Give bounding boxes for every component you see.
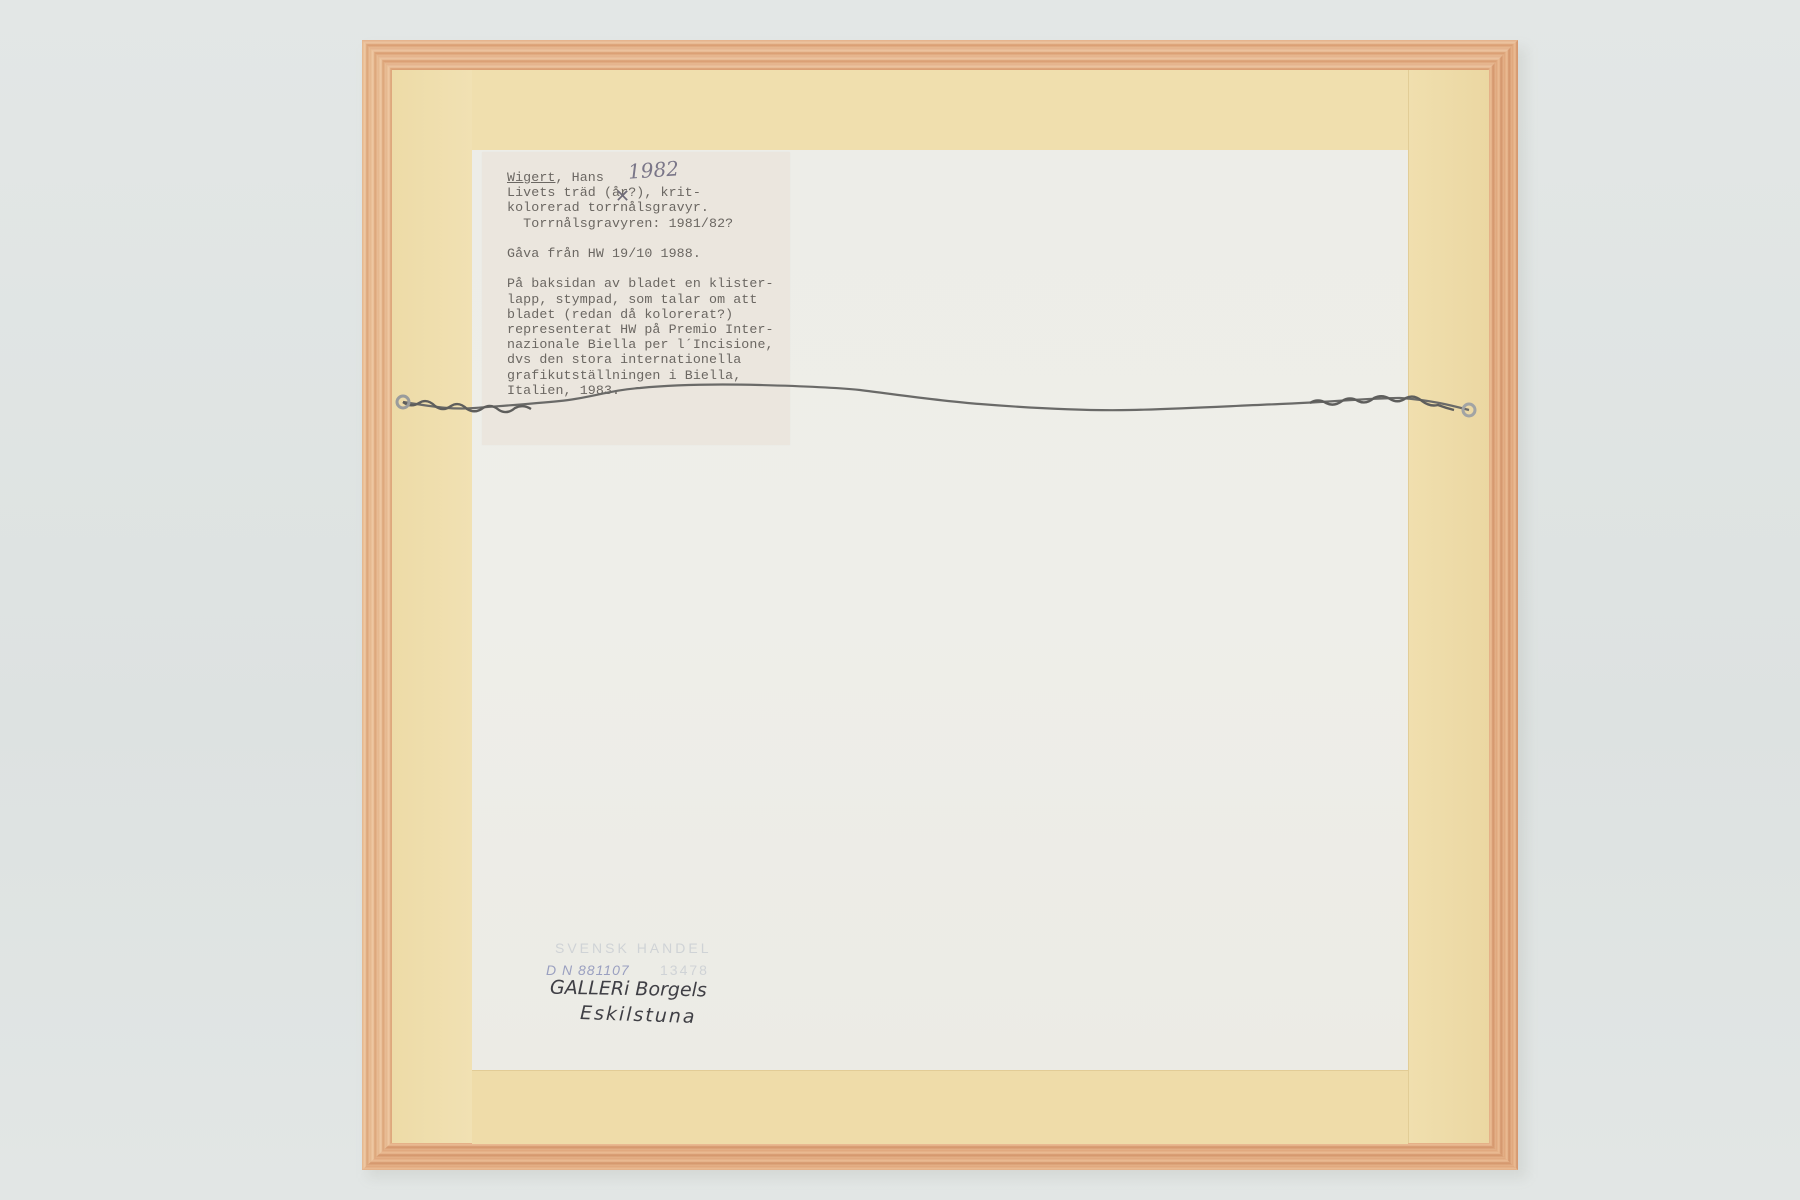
- label-line-note-7: grafikutställningen i Biella,: [507, 368, 741, 383]
- label-line-technique: kolorerad torrnålsgravyr.: [507, 200, 709, 215]
- label-line-note-5: nazionale Biella per l´Incisione,: [507, 337, 774, 352]
- label-text: Wigert, Hans Livets träd (år?), krit- ko…: [507, 170, 787, 398]
- tape-top: [472, 70, 1408, 151]
- archive-label: Wigert, Hans Livets träd (år?), krit- ko…: [482, 152, 790, 445]
- label-line-date: Torrnålsgravyren: 1981/82?: [507, 216, 733, 231]
- tape-right: [1408, 70, 1489, 1143]
- frame-bottom-rail: [362, 1142, 1518, 1170]
- frame-top-rail: [362, 40, 1518, 70]
- artist-surname: Wigert: [507, 170, 555, 185]
- frame-left-rail: [362, 40, 392, 1170]
- tape-left: [392, 70, 473, 1143]
- stamp-date: D N 881107: [546, 962, 630, 978]
- label-line-note-4: representerat HW på Premio Inter-: [507, 322, 774, 337]
- label-line-note-2: lapp, stympad, som talar om att: [507, 292, 757, 307]
- handwritten-city: Eskilstuna: [580, 1002, 697, 1028]
- label-line-note-8: Italien, 1983.: [507, 383, 620, 398]
- label-line-note-3: bladet (redan då kolorerat?): [507, 307, 733, 322]
- faded-stamp-line-2-left: D N 881107: [546, 962, 630, 978]
- frame-right-rail: [1488, 40, 1518, 1170]
- handwritten-gallery: GALLERi Borgels: [550, 977, 707, 1002]
- faded-stamp-line-2-right: 13478: [660, 962, 709, 978]
- label-line-gift: Gåva från HW 19/10 1988.: [507, 246, 701, 261]
- label-line-title: Livets träd (år?), krit-: [507, 185, 701, 200]
- label-line-note-6: dvs den stora internationella: [507, 352, 741, 367]
- label-line-note-1: På baksidan av bladet en klister-: [507, 276, 774, 291]
- handwritten-year: 1982: [627, 156, 679, 183]
- strike-mark-icon: ✕: [615, 186, 630, 207]
- artist-firstname: , Hans: [555, 170, 603, 185]
- faded-stamp-line-1: SVENSK HANDEL: [555, 940, 711, 956]
- tape-bottom: [472, 1070, 1408, 1144]
